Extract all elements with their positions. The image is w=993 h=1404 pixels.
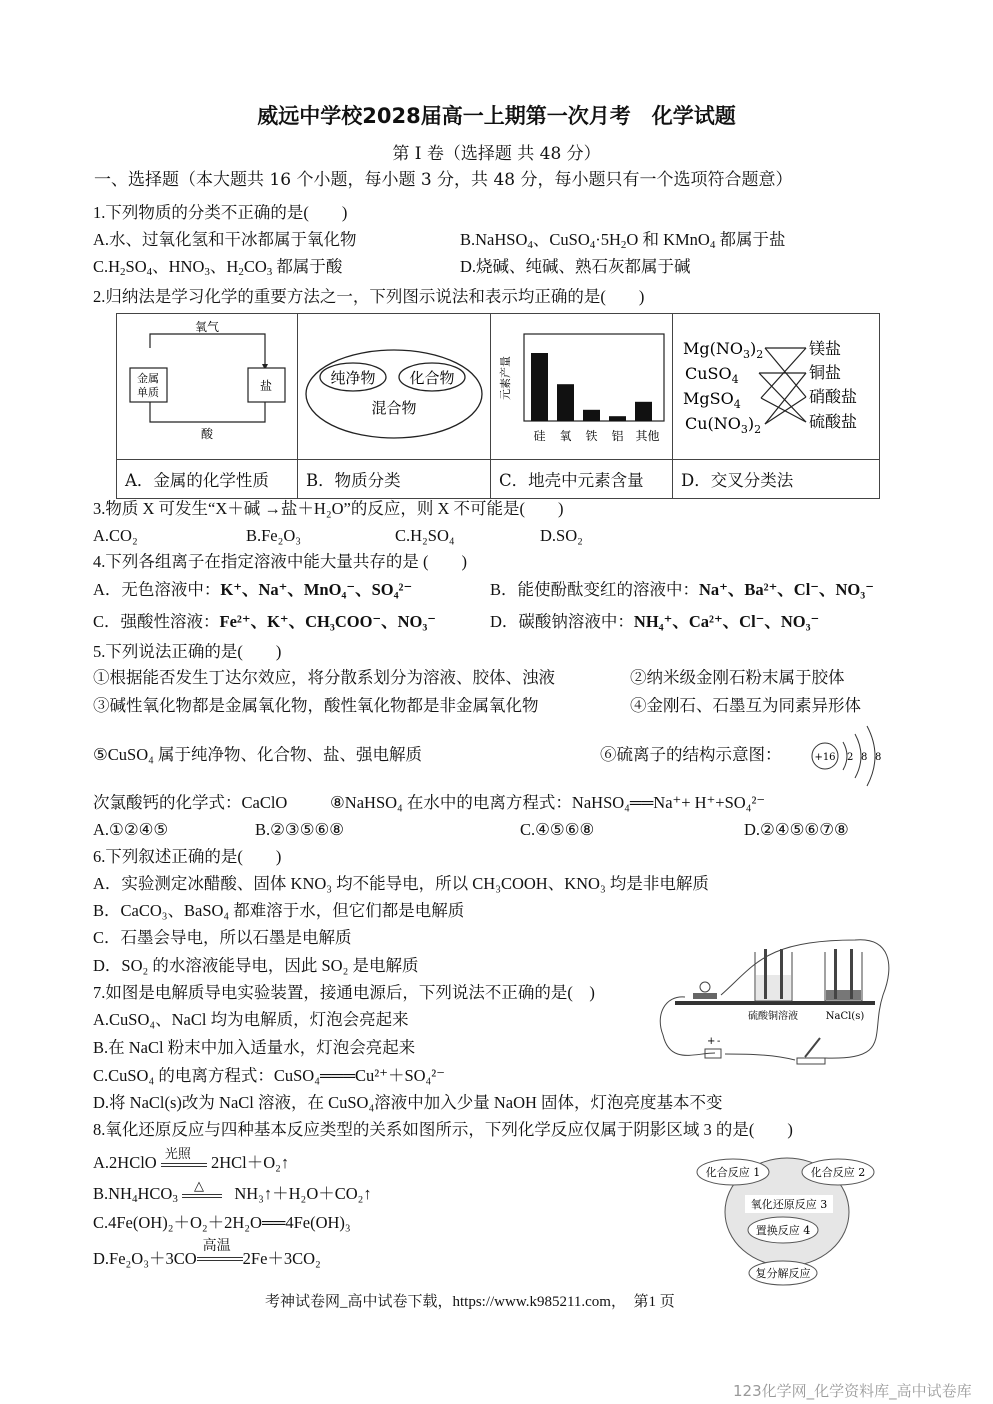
fig-b-caption: B．物质分类 — [298, 460, 491, 499]
bar-3 — [609, 416, 626, 421]
bar-1 — [557, 384, 574, 421]
q7-option-d: D.将 NaCl(s)改为 NaCl 溶液，在 CuSO₄溶液中加入少量 NaO… — [93, 1093, 723, 1113]
bar-0 — [531, 353, 548, 421]
svg-text:-: - — [717, 1036, 720, 1047]
svg-text:铁: 铁 — [585, 428, 597, 443]
svg-text:化合反应 2: 化合反应 2 — [811, 1165, 866, 1179]
svg-text:MgSO4: MgSO4 — [683, 389, 741, 411]
fig-d-cross-classification: Mg(NO3)2 CuSO4 MgSO4 Cu(NO3)2 镁盐 铜盐 硝酸盐 … — [673, 314, 880, 460]
q3-option-d: D.SO₂ — [540, 526, 583, 546]
svg-text:氧: 氧 — [559, 429, 571, 443]
svg-text:镁盐: 镁盐 — [809, 339, 841, 358]
q7-option-a: A.CuSO₄、NaCl 均为电解质，灯泡会亮起来 — [93, 1010, 409, 1030]
exam-subtitle: 第 I 卷（选择题 共 48 分） — [0, 139, 993, 164]
q1-option-d: D.烧碱、纯碱、熟石灰都属于碱 — [460, 257, 691, 277]
q4-option-c: C．强酸性溶液：Fe²⁺、K⁺、CH₃COO⁻、NO₃⁻ — [93, 612, 436, 632]
bar-4 — [635, 402, 652, 421]
svg-text:8: 8 — [875, 752, 881, 763]
fig-a-caption: A．金属的化学性质 — [117, 460, 298, 499]
q4-option-a: A．无色溶液中：K⁺、Na⁺、MnO₄⁻、SO₄²⁻ — [93, 580, 412, 600]
svg-text:2: 2 — [847, 752, 853, 763]
q7-stem: 7.如图是电解质导电实验装置，接通电源后，下列说法不正确的是( ) — [93, 983, 595, 1003]
svg-text:氧化还原反应 3: 氧化还原反应 3 — [751, 1197, 828, 1211]
svg-text:+: + — [707, 1036, 715, 1047]
q8-option-a: A.2HClO 光照 2HCl＋O₂↑ — [93, 1153, 289, 1173]
svg-text:单质: 单质 — [137, 385, 159, 399]
fig-c-bar-chart: 元素产量 硅氧铁铝其他 — [491, 314, 673, 460]
q5-stem: 5.下列说法正确的是( ) — [93, 642, 281, 662]
q5-statement-1: ①根据能否发生丁达尔效应，将分散系划分为溶液、胶体、浊液 — [93, 668, 555, 688]
svg-text:+16: +16 — [814, 752, 835, 763]
q3-stem: 3.物质 X 可发生“X＋碱 →盐＋H₂O”的反应，则 X 不可能是( ) — [93, 499, 563, 519]
q3-option-b: B.Fe₂O₃ — [246, 526, 301, 546]
q6-stem: 6.下列叙述正确的是( ) — [93, 847, 281, 867]
svg-text:复分解反应: 复分解反应 — [756, 1266, 811, 1280]
bar-2 — [583, 410, 600, 421]
svg-text:硝酸盐: 硝酸盐 — [809, 387, 857, 406]
svg-text:CuSO4: CuSO4 — [685, 364, 739, 386]
svg-text:氧气: 氧气 — [195, 319, 219, 334]
svg-text:置换反应 4: 置换反应 4 — [756, 1223, 811, 1237]
sulfur-ion-structure-diagram: +16 2 8 8 — [805, 722, 895, 790]
conductivity-apparatus-figure: 硫酸铜溶液 NaCl(s) + - — [655, 935, 895, 1075]
q6-option-b: B．CaCO₃、BaSO₄ 都难溶于水，但它们都是电解质 — [93, 901, 464, 921]
svg-text:NaCl(s): NaCl(s) — [826, 1011, 865, 1022]
svg-text:混合物: 混合物 — [371, 399, 416, 417]
page-footer: 考神试卷网_高中试卷下载，https://www.k985211.com， 第1… — [265, 1290, 675, 1311]
q6-option-d: D．SO₂ 的水溶液能导电，因此 SO₂ 是电解质 — [93, 956, 418, 976]
svg-text:Cu(NO3)2: Cu(NO3)2 — [685, 414, 761, 436]
q8-option-c: C.4Fe(OH)₂＋O₂＋2H₂O══4Fe(OH)₃ — [93, 1213, 351, 1233]
svg-text:铝: 铝 — [611, 429, 623, 443]
watermark: 123化学网_化学资料库_高中试卷库 — [733, 1380, 972, 1401]
q5-option-a: A.①②④⑤ — [93, 820, 168, 840]
d-left-0: Mg(NO3)2 — [683, 339, 763, 361]
svg-text:硫酸盐: 硫酸盐 — [809, 412, 857, 431]
q5-option-b: B.②③⑤⑥⑧ — [255, 820, 344, 840]
svg-text:化合反应 1: 化合反应 1 — [706, 1165, 761, 1179]
q4-option-b: B．能使酚酞变红的溶液中：Na⁺、Ba²⁺、Cl⁻、NO₃⁻ — [490, 580, 874, 600]
q3-option-c: C.H₂SO₄ — [395, 526, 455, 546]
q5-statement-3: ③碱性氧化物都是金属氧化物，酸性氧化物都是非金属氧化物 — [93, 696, 539, 716]
q6-option-c: C．石墨会导电，所以石墨是电解质 — [93, 928, 352, 948]
q6-option-a: A．实验测定冰醋酸、固体 KNO₃ 均不能导电，所以 CH₃COOH、KNO₃ … — [93, 874, 709, 894]
q5-statement-8: ⑧NaHSO₄ 在水中的电离方程式：NaHSO₄══Na⁺+ H⁺+SO₄²⁻ — [330, 793, 765, 813]
q1-stem: 1.下列物质的分类不正确的是( ) — [93, 203, 347, 223]
reaction-types-venn-diagram: 化合反应 1 化合反应 2 氧化还原反应 3 置换反应 4 复分解反应 — [695, 1150, 895, 1290]
svg-text:8: 8 — [861, 752, 867, 763]
svg-text:铜盐: 铜盐 — [809, 363, 841, 382]
section-heading: 一、选择题（本大题共 16 个小题，每小题 3 分，共 48 分，每小题只有一个… — [94, 165, 793, 190]
q7-option-b: B.在 NaCl 粉末中加入适量水，灯泡会亮起来 — [93, 1038, 415, 1058]
svg-text:硅: 硅 — [533, 429, 545, 443]
fig-d-caption: D．交叉分类法 — [673, 460, 880, 499]
q1-option-a: A.水、过氧化氢和干冰都属于氧化物 — [93, 230, 357, 250]
q5-statement-6: ⑥硫离子的结构示意图： — [600, 745, 782, 765]
fig-c-caption: C．地壳中元素含量 — [491, 460, 673, 499]
fig-b-classification: 纯净物 化合物 混合物 — [298, 314, 491, 460]
q1-option-c: C.H2SO4、HNO3、H2CO3 都属于酸 — [93, 257, 342, 277]
q5-option-d: D.②④⑤⑥⑦⑧ — [744, 820, 849, 840]
fig-a-metal-properties: 氧气 酸 金属 单质 盐 — [117, 314, 298, 460]
q5-option-c: C.④⑤⑥⑧ — [520, 820, 594, 840]
q5-statement-5: ⑤CuSO₄ 属于纯净物、化合物、盐、强电解质 — [93, 745, 422, 765]
q8-option-b: B.NH4HCO3 △ NH₃↑＋H₂O＋CO₂↑ — [93, 1184, 372, 1204]
svg-text:金属: 金属 — [137, 371, 159, 385]
q8-option-d: D.Fe₂O₃＋3CO高温2Fe＋3CO₂ — [93, 1249, 321, 1269]
q2-stem: 2.归纳法是学习化学的重要方法之一，下列图示说法和表示均正确的是( ) — [93, 287, 644, 307]
q4-option-d: D．碳酸钠溶液中：NH₄⁺、Ca²⁺、Cl⁻、NO₃⁻ — [490, 612, 819, 632]
q5-statement-7: 次氯酸钙的化学式：CaClO — [93, 793, 287, 813]
q5-statement-2: ②纳米级金刚石粉末属于胶体 — [630, 668, 845, 688]
q2-figure-table: 氧气 酸 金属 单质 盐 纯净物 化合物 混合物 元素产量 硅氧铁铝其 — [116, 313, 880, 499]
svg-text:盐: 盐 — [260, 378, 272, 393]
q1-option-b: B.NaHSO4、CuSO4·5H2O 和 KMnO4 都属于盐 — [460, 230, 785, 250]
svg-text:硫酸铜溶液: 硫酸铜溶液 — [748, 1009, 798, 1022]
svg-text:元素产量: 元素产量 — [498, 356, 512, 400]
svg-text:酸: 酸 — [201, 427, 214, 441]
q4-stem: 4.下列各组离子在指定溶液中能大量共存的是 ( ) — [93, 552, 467, 572]
svg-text:化合物: 化合物 — [409, 369, 454, 387]
svg-text:其他: 其他 — [635, 428, 659, 443]
q5-statement-4: ④金刚石、石墨互为同素异形体 — [630, 696, 861, 716]
svg-text:纯净物: 纯净物 — [330, 369, 375, 387]
exam-title: 威远中学校2028届高一上期第一次月考 化学试题 — [0, 100, 993, 130]
q7-option-c: C.CuSO₄ 的电离方程式：CuSO₄═══Cu²⁺＋SO₄²⁻ — [93, 1066, 445, 1086]
q8-stem: 8.氧化还原反应与四种基本反应类型的关系如图所示，下列化学反应仅属于阴影区域 3… — [93, 1120, 793, 1140]
q3-option-a: A.CO₂ — [93, 526, 138, 546]
